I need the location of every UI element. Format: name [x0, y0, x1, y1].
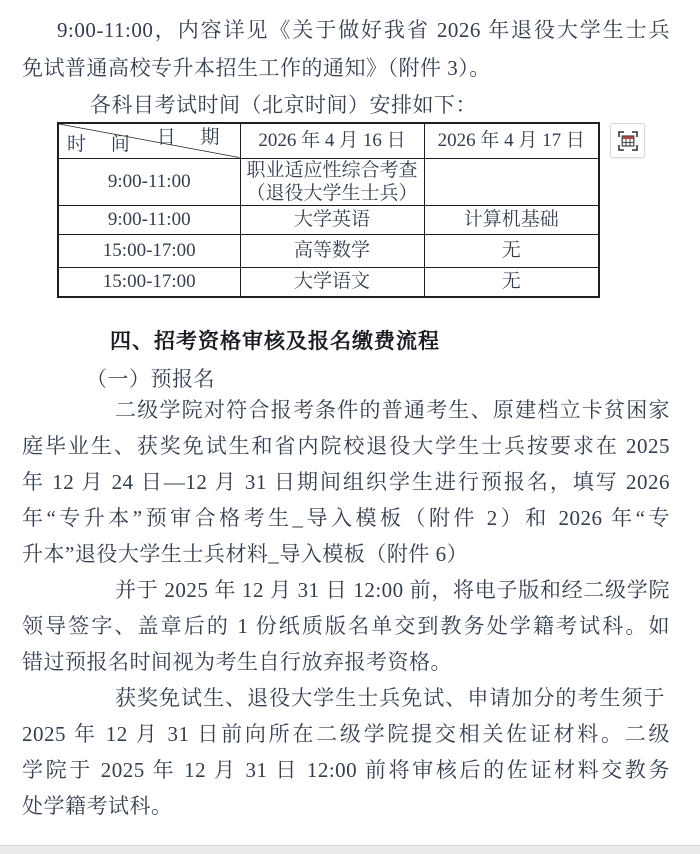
viewer-bottom-bar [0, 845, 700, 854]
table-corner-cell: 日 期 时 间 [58, 123, 240, 158]
para2-line: 并于 2025 年 12 月 31 日 12:00 前，将电子版和经二级学院 [115, 572, 670, 608]
document-page: 9:00-11:00，内容详见《关于做好我省 2026 年退役大学生士兵 免试普… [0, 0, 700, 854]
intro-line-3: 各科目考试时间（北京时间）安排如下： [90, 87, 477, 123]
para1-line: 年“专升本”预审合格考生_导入模板（附件 2）和 2026 年“专 [22, 500, 670, 536]
subject-cell: 大学语文 [240, 267, 424, 297]
subject-cell: 高等数学 [240, 234, 424, 267]
corner-date-label: 日 期 [157, 126, 230, 149]
table-row: 9:00-11:00 大学英语 计算机基础 [58, 205, 599, 234]
time-cell: 9:00-11:00 [58, 158, 240, 205]
column-header-apr17: 2026 年 4 月 17 日 [424, 123, 599, 158]
time-cell: 9:00-11:00 [58, 205, 240, 234]
para1-line: 庭毕业生、获奖免试生和省内院校退役大学生士兵按要求在 2025 [22, 428, 670, 464]
para1-line: 年 12 月 24 日—12 月 31 日期间组织学生进行预报名，填写 2026 [22, 464, 670, 500]
para3-line: 2025 年 12 月 31 日前向所在二级学院提交相关佐证材料。二级 [22, 716, 670, 752]
corner-time-label: 时 间 [67, 133, 140, 156]
table-row: 9:00-11:00 职业适应性综合考查 （退役大学生士兵） [58, 158, 599, 205]
para3-line: 处学籍考试科。 [22, 788, 173, 824]
exam-schedule-table: 日 期 时 间 2026 年 4 月 16 日 2026 年 4 月 17 日 … [57, 122, 600, 298]
time-cell: 15:00-17:00 [58, 234, 240, 267]
para3-line: 获奖免试生、退役大学生士兵免试、申请加分的考生须于 [115, 680, 665, 716]
para2-line: 领导签字、盖章后的 1 份纸质版名单交到教务处学籍考试科。如 [22, 608, 670, 644]
para1-line: 二级学院对符合报考条件的普通考生、原建档立卡贫困家 [115, 392, 670, 428]
intro-line-2: 免试普通高校专升本招生工作的通知》（附件 3）。 [22, 50, 491, 86]
para2-line: 错过预报名时间视为考生自行放弃报考资格。 [22, 644, 452, 680]
subject-cell-empty [424, 158, 599, 205]
subject-cell: 计算机基础 [424, 205, 599, 234]
subject-cell: 无 [424, 267, 599, 297]
para1-line: 升本”退役大学生士兵材料_导入模板（附件 6） [22, 536, 468, 572]
section-heading: 四、招考资格审核及报名缴费流程 [110, 323, 440, 359]
table-capture-icon[interactable] [610, 123, 645, 158]
table-row: 15:00-17:00 大学语文 无 [58, 267, 599, 297]
para3-line: 学院于 2025 年 12 月 31 日 12:00 前将审核后的佐证材料交教务 [22, 752, 670, 788]
subject-cell: 大学英语 [240, 205, 424, 234]
subject-line: （退役大学生士兵） [245, 182, 420, 205]
table-row: 15:00-17:00 高等数学 无 [58, 234, 599, 267]
time-cell: 15:00-17:00 [58, 267, 240, 297]
intro-line-1: 9:00-11:00，内容详见《关于做好我省 2026 年退役大学生士兵 [57, 12, 670, 48]
subject-line: 职业适应性综合考查 [245, 159, 420, 182]
table-capture-glyph [616, 129, 640, 153]
subject-cell: 无 [424, 234, 599, 267]
subject-cell: 职业适应性综合考查 （退役大学生士兵） [240, 158, 424, 205]
column-header-apr16: 2026 年 4 月 16 日 [240, 123, 424, 158]
